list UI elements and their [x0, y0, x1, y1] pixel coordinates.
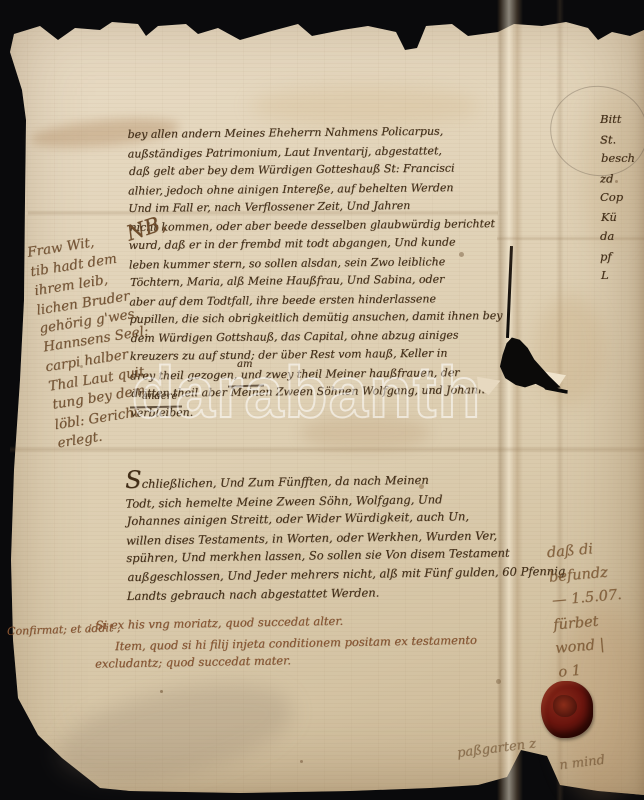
stain [250, 85, 480, 127]
page-fragment-line: da [600, 227, 634, 247]
body-line: aber auf dem Todtfall, ihre beede ersten… [129, 289, 502, 311]
body-line: nicht kommen, oder aber beede desselben … [129, 215, 502, 237]
body-line: alhier, jedoch ohne ainigen Intereße, au… [128, 178, 501, 200]
page-fragment-line: L [601, 266, 635, 286]
page-fragment-line: pf [600, 247, 634, 267]
watermark-text: darabanth [132, 352, 482, 434]
red-wax-seal [541, 681, 593, 738]
body-paragraph-2: Schließlichen, Und Zum Fünfften, da nach… [125, 469, 564, 605]
page-fragment-line: zd [600, 169, 634, 189]
page-fragment-line: Bitt [600, 110, 634, 130]
body-line: dem Würdigen Gottshauß, das Capital, ohn… [131, 326, 504, 348]
adjacent-page-fragments: Bitt St. besch zd Cop Kü da pf L [600, 110, 634, 286]
manuscript-photo: bey allen andern Meines Eheherrn Nahmens… [0, 0, 644, 800]
adjacent-page-notes: daß di befundz — 1.5.07. fürbet wond | o… [546, 535, 628, 685]
page-fragment-line: St. [600, 130, 634, 150]
page-fragment-line: Kü [601, 208, 635, 228]
ink-speckles [160, 690, 163, 693]
page-fragment-line: besch [601, 149, 635, 169]
page-fragment-line: Cop [600, 188, 634, 208]
